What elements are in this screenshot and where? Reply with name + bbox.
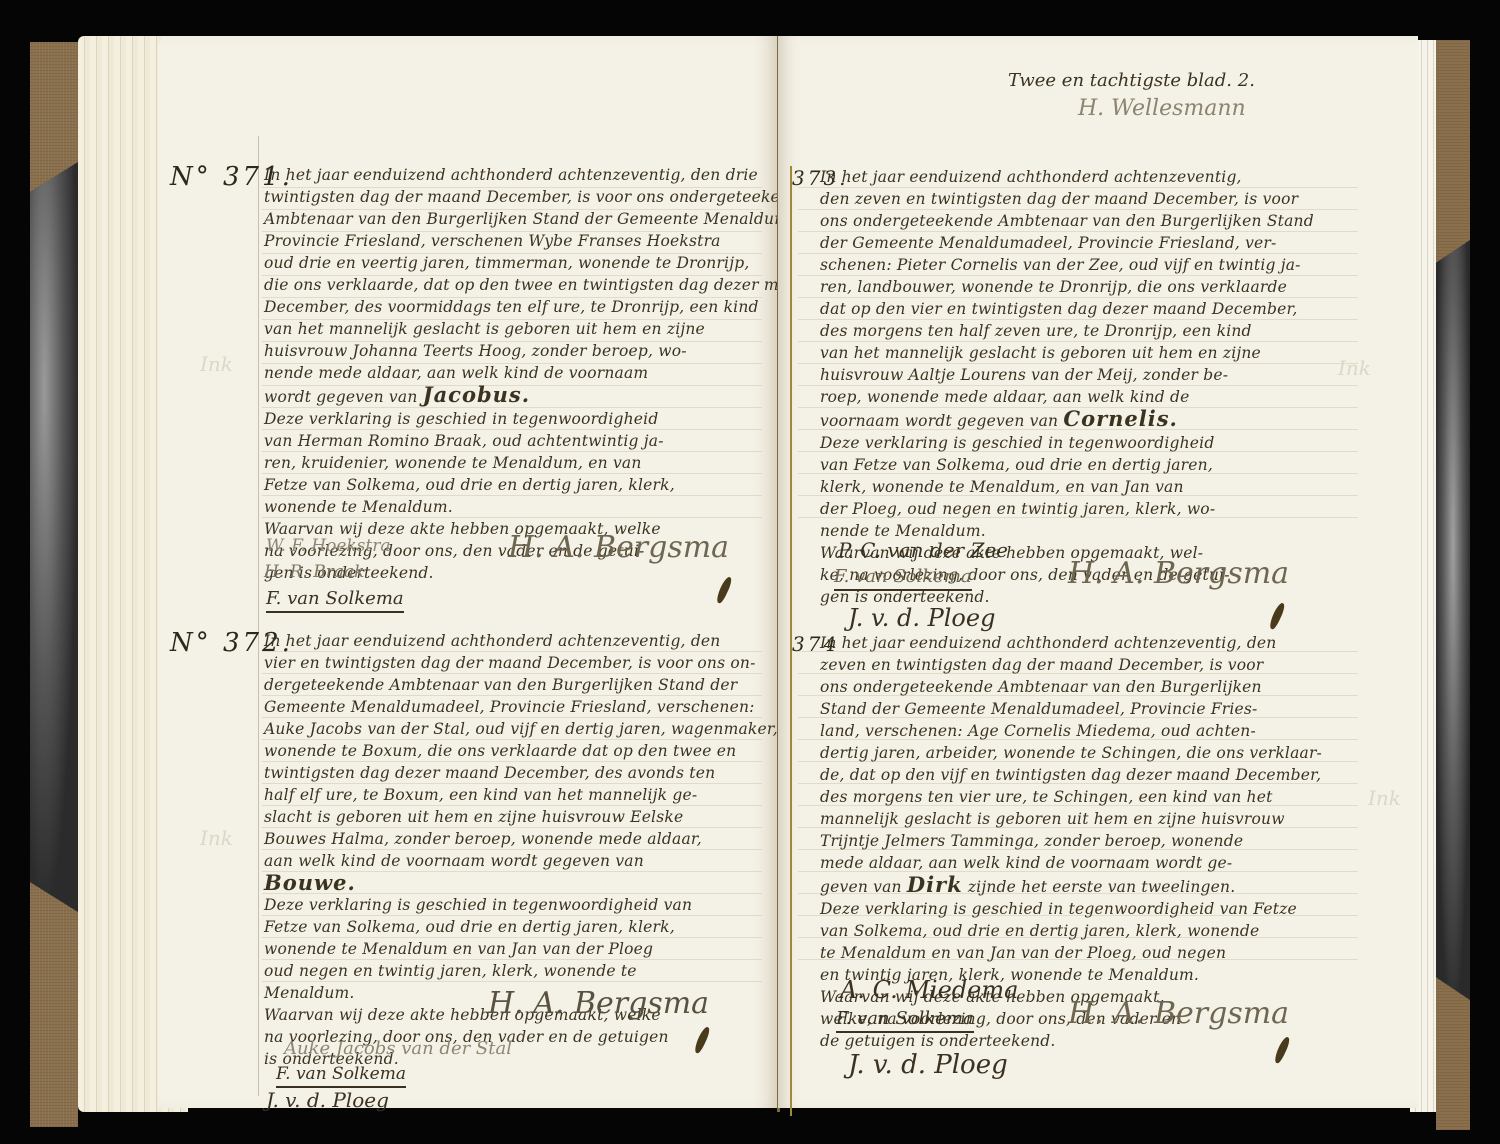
child-name: Dirk — [907, 872, 963, 897]
signature-witness-1: F. van Solkema — [836, 1008, 974, 1033]
entry-text: In het jaar eenduizend achthonderd achte… — [264, 164, 838, 584]
signature-registrar: H. A. Bergsma — [1068, 996, 1289, 1031]
right-cover-cloth — [1436, 40, 1470, 1130]
signature-witness-1: F. van Solkema — [834, 566, 972, 591]
child-name: Cornelis. — [1063, 406, 1178, 431]
signature-registrar: H. A. Bergsma — [488, 986, 709, 1021]
left-margin-rule — [258, 136, 259, 1096]
margin-stamp: Ink — [1338, 356, 1371, 380]
signature-witness-2: J. v. d. Ploeg — [848, 1050, 1008, 1080]
margin-stamp: Ink — [1368, 786, 1401, 810]
left-marbled-board — [30, 162, 78, 912]
signature-father: Auke Jacobs van der Stal — [284, 1038, 512, 1059]
left-cover-cloth — [30, 42, 78, 1127]
signature-father: W. F. Hoekstra — [266, 536, 391, 556]
signature-registrar: H. A. Bergsma — [1068, 556, 1289, 591]
signature-father: P. C. van der Zee — [838, 538, 1008, 562]
folio-initials: H. Wellesmann — [1078, 96, 1246, 121]
signature-witness-2: J. v. d. Ploeg — [848, 604, 995, 632]
child-name: Bouwe. — [264, 872, 778, 894]
signature-witness-1: H. R. Braak — [264, 562, 364, 582]
margin-stamp: Ink — [200, 826, 233, 850]
signature-father: A. C. Miedema — [840, 976, 1018, 1004]
signature-witness-1: F. van Solkema — [276, 1064, 406, 1088]
left-page: N° 371. Ink In het jaar eenduizend achth… — [158, 36, 778, 1108]
right-marbled-board — [1436, 240, 1470, 1000]
signature-witness-2: J. v. d. Ploeg — [266, 1088, 389, 1112]
right-page: Twee en tachtigste blad. 2. H. Wellesman… — [778, 36, 1418, 1108]
margin-stamp: Ink — [200, 352, 233, 376]
signature-registrar: H. A. Bergsma — [508, 530, 729, 565]
open-register-book: N° 371. Ink In het jaar eenduizend achth… — [30, 22, 1470, 1112]
folio-note: Twee en tachtigste blad. 2. — [1008, 70, 1255, 91]
signature-witness-2: F. van Solkema — [266, 588, 404, 613]
child-name: Jacobus. — [423, 382, 530, 407]
